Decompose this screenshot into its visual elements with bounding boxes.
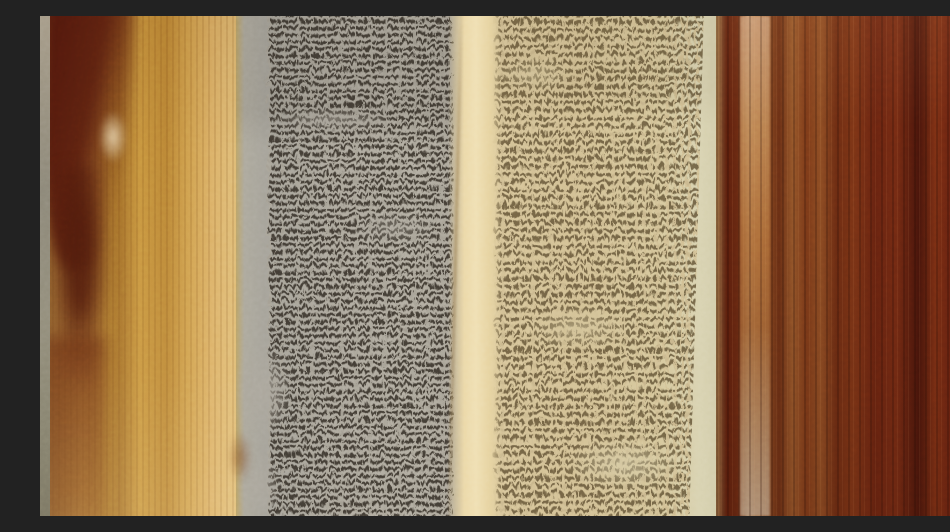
right-page-handwriting [492,16,704,516]
spine-brown-wash [42,336,106,516]
gutter [448,16,502,516]
cover-brown-spot [226,426,254,488]
gutter-crease [447,16,463,516]
left-page-handwriting [266,16,450,516]
right-page [474,16,720,516]
fore-edge [716,16,950,516]
left-page [236,16,476,516]
fore-edge-tone [716,16,950,516]
left-outer-edge [40,16,50,516]
manuscript-photo [40,16,950,516]
spine-highlight-blob [96,106,130,168]
